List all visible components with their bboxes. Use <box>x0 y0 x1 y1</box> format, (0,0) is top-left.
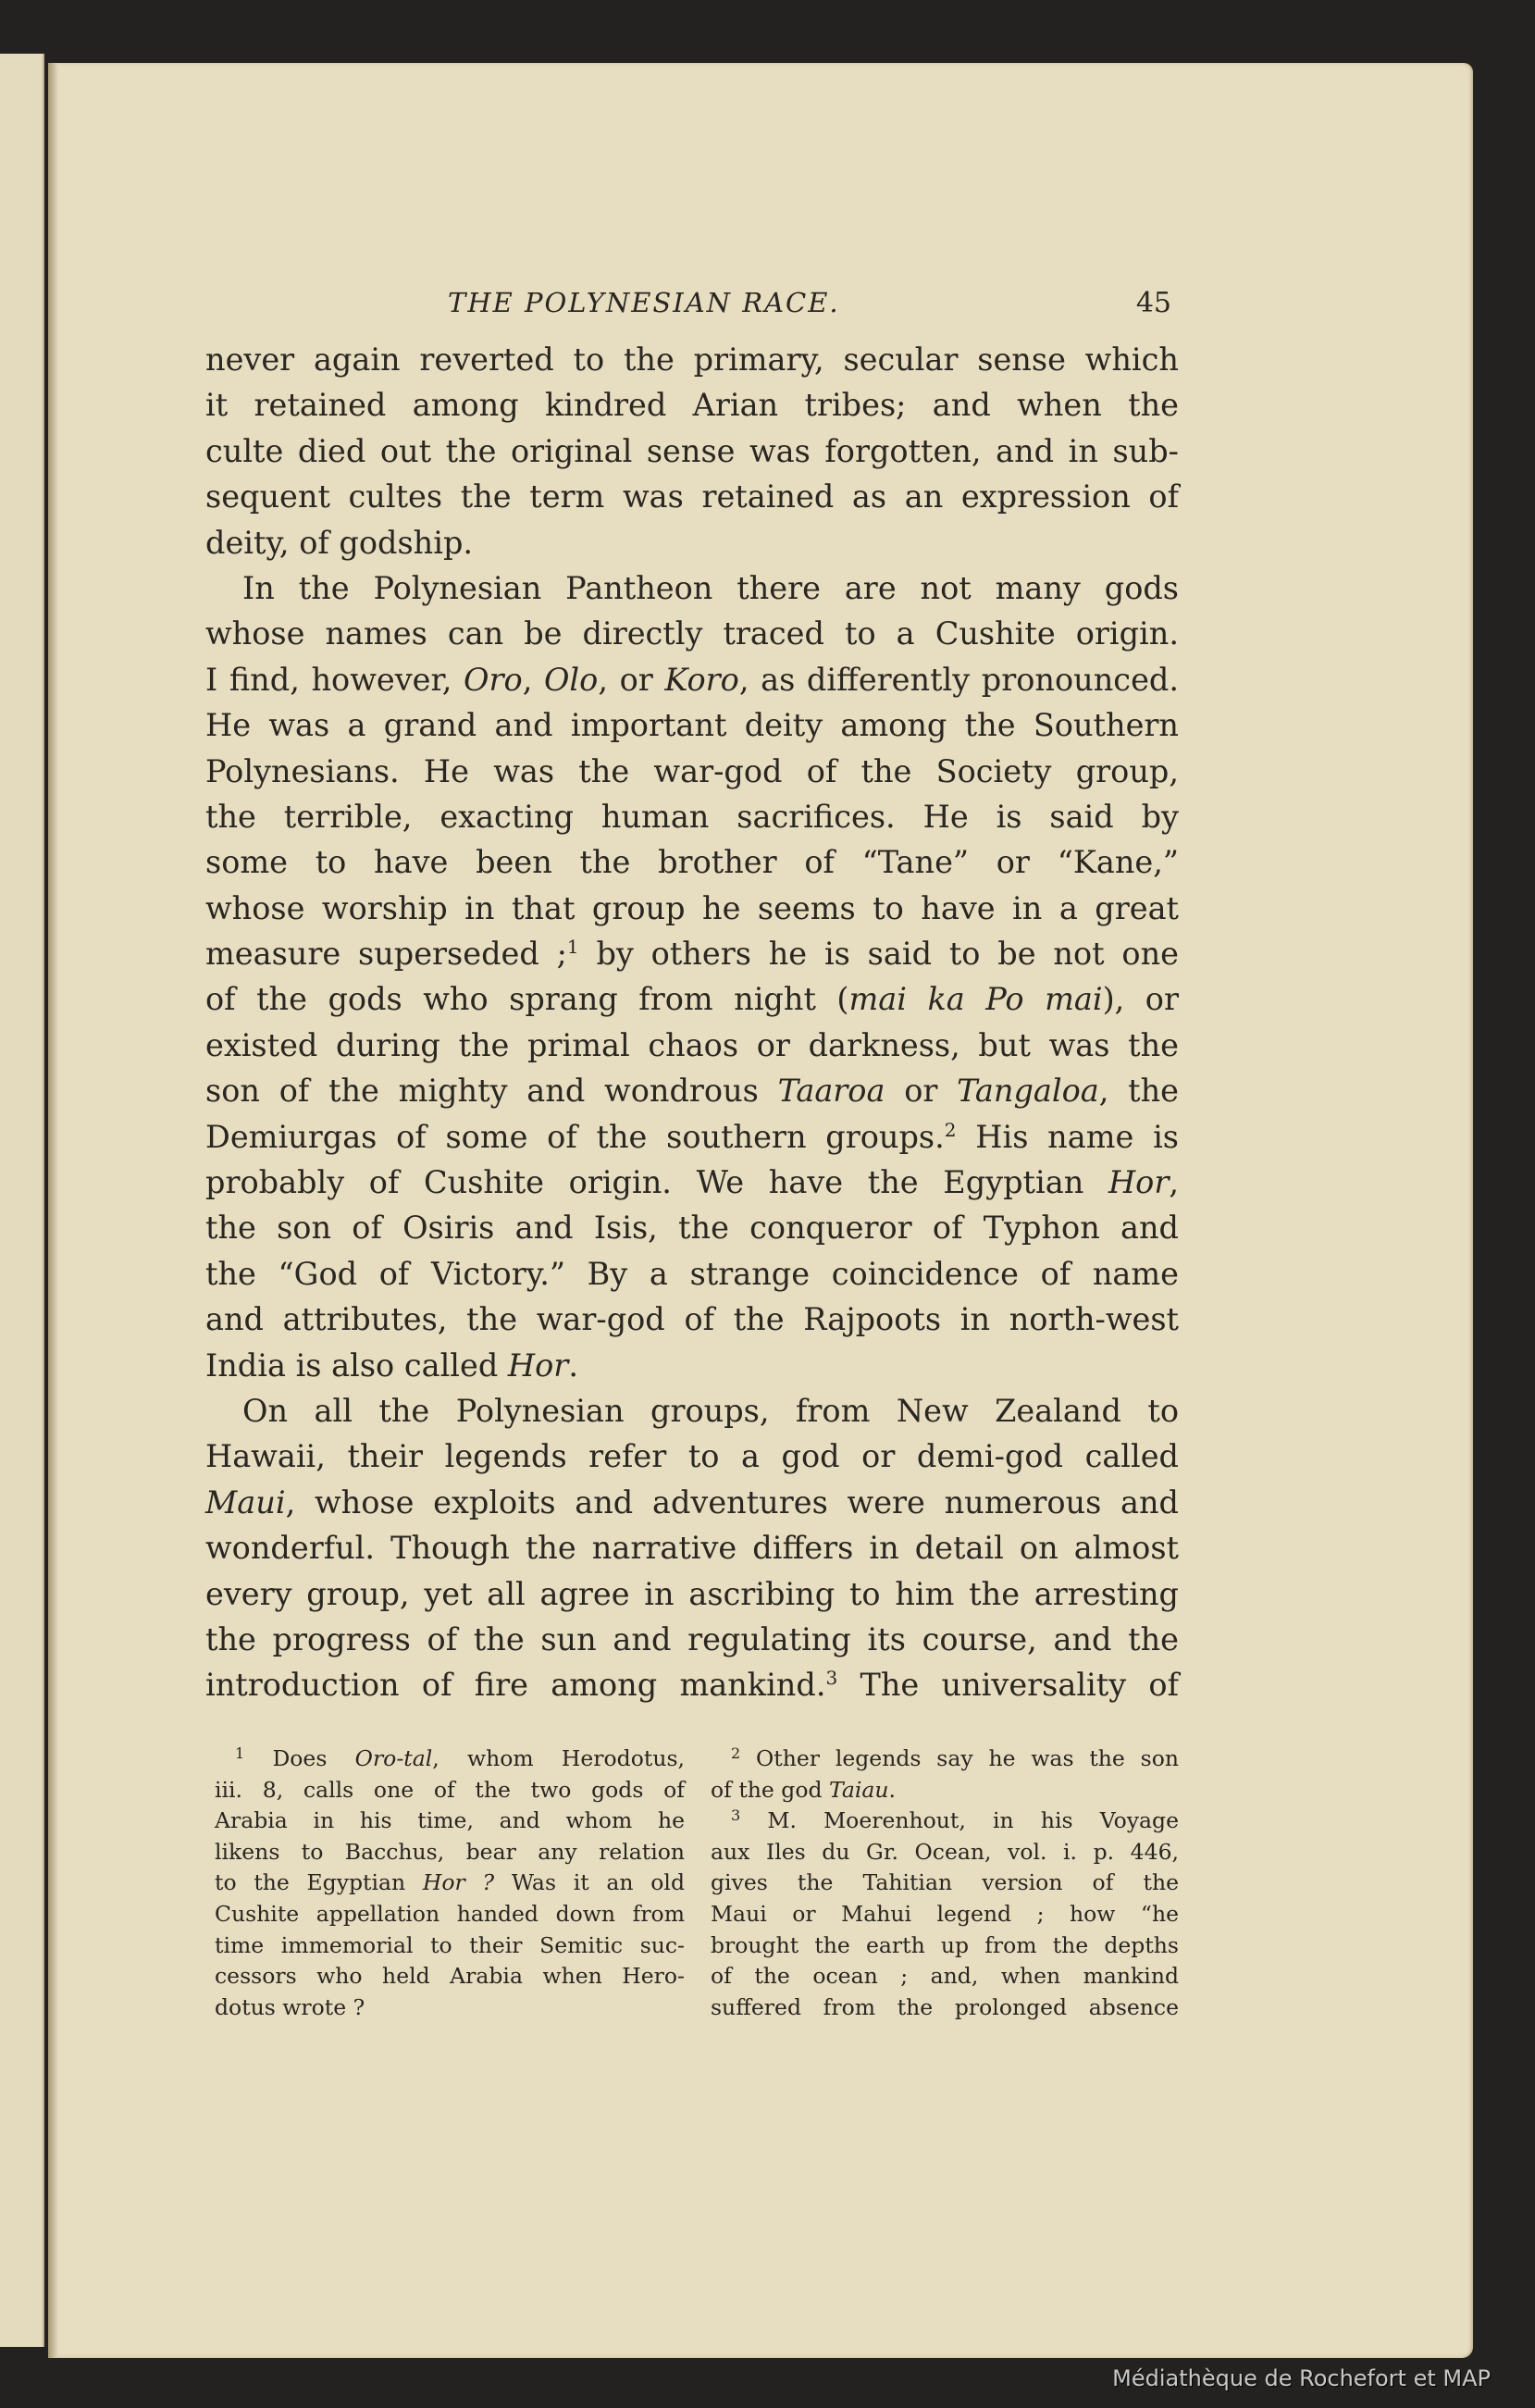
italic-term: Taaroa <box>778 1073 885 1109</box>
text-line: Hawaii, their legends refer to a god or … <box>205 1434 1179 1479</box>
text-line: existed during the primal chaos or darkn… <box>205 1023 1179 1068</box>
text-line: I find, however, Oro, Olo, or Koro, as d… <box>205 657 1179 702</box>
footnote-line: 3 M. Moerenhout, in his Voyage <box>711 1806 1179 1837</box>
footnote-marker: 1 <box>235 1744 244 1762</box>
previous-page-edge <box>0 54 44 2347</box>
footnote-line: dotus wrote ? <box>215 1992 685 2024</box>
italic-term: mai ka Po mai <box>849 981 1103 1017</box>
text-line: measure superseded ;1 by others he is sa… <box>205 931 1179 976</box>
italic-term: Maui <box>205 1484 286 1521</box>
page-number: 45 <box>1136 287 1171 319</box>
footnote-line: 2 Other legends say he was the son <box>711 1744 1179 1775</box>
italic-term: Tangaloa <box>957 1073 1099 1109</box>
text-line: never again reverted to the primary, sec… <box>205 337 1179 382</box>
footnote-line: of the god Taiau. <box>711 1775 1179 1806</box>
text-line: of the gods who sprang from night (mai k… <box>205 976 1179 1022</box>
text-line: it retained among kindred Arian tribes; … <box>205 382 1179 428</box>
italic-term: Oro-tal <box>355 1745 433 1771</box>
text-line: the progress of the sun and regulating i… <box>205 1617 1179 1662</box>
text-line: every group, yet all agree in ascribing … <box>205 1571 1179 1617</box>
text-line: probably of Cushite origin. We have the … <box>205 1160 1179 1205</box>
italic-term: Hor <box>1108 1164 1169 1200</box>
text-line: culte died out the original sense was fo… <box>205 428 1179 474</box>
footnote-line: of the ocean ; and, when mankind <box>711 1961 1179 1992</box>
text-line: Polynesians. He was the war-god of the S… <box>205 749 1179 794</box>
italic-term: Koro <box>664 662 738 698</box>
footnote-line: Maui or Mahui legend ; how “he <box>711 1899 1179 1930</box>
italic-term: Hor <box>508 1347 568 1384</box>
italic-term: Taiau <box>829 1777 889 1803</box>
text-line: son of the mighty and wondrous Taaroa or… <box>205 1068 1179 1113</box>
footnote-line: cessors who held Arabia when Hero- <box>215 1961 685 1992</box>
footnote-reference: 2 <box>945 1119 957 1141</box>
footnote-line: time immemorial to their Semitic suc- <box>215 1930 685 1962</box>
running-title: THE POLYNESIAN RACE. <box>448 287 840 318</box>
text-line: On all the Polynesian groups, from New Z… <box>205 1388 1179 1434</box>
footnote-line: gives the Tahitian version of the <box>711 1868 1179 1899</box>
text-line: Demiurgas of some of the southern groups… <box>205 1114 1179 1160</box>
text-line: In the Polynesian Pantheon there are not… <box>205 565 1179 611</box>
footnote-line: likens to Bacchus, bear any relation <box>215 1837 685 1868</box>
italic-term: Oro <box>464 662 523 698</box>
text-line: the “God of Victory.” By a strange coinc… <box>205 1251 1179 1297</box>
footnote-line: brought the earth up from the depths <box>711 1930 1179 1962</box>
text-line: the terrible, exacting human sacrifices.… <box>205 794 1179 839</box>
text-line: whose worship in that group he seems to … <box>205 886 1179 931</box>
text-line: and attributes, the war-god of the Rajpo… <box>205 1297 1179 1342</box>
text-line: some to have been the brother of “Tane” … <box>205 839 1179 885</box>
page-gutter <box>48 63 57 2358</box>
footnote-line: aux Iles du Gr. Ocean, vol. i. p. 446, <box>711 1837 1179 1868</box>
body-text: never again reverted to the primary, sec… <box>205 337 1179 1708</box>
text-line: Maui, whose exploits and adventures were… <box>205 1480 1179 1525</box>
footnotes-right-column: 2 Other legends say he was the sonof the… <box>711 1744 1179 2023</box>
footnote-line: suffered from the prolonged absence <box>711 1992 1179 2024</box>
italic-term: Olo <box>544 662 598 698</box>
text-line: whose names can be directly traced to a … <box>205 611 1179 656</box>
text-line: He was a grand and important deity among… <box>205 702 1179 748</box>
footnote-line: iii. 8, calls one of the two gods of <box>215 1775 685 1806</box>
footnotes-left-column: 1 Does Oro-tal, whom Herodotus,iii. 8, c… <box>215 1744 685 2023</box>
text-line: sequent cultes the term was retained as … <box>205 474 1179 519</box>
footnote-marker: 2 <box>731 1744 740 1762</box>
text-line: deity, of godship. <box>205 520 1179 565</box>
footnote-line: to the Egyptian Hor ? Was it an old <box>215 1868 685 1899</box>
text-line: introduction of fire among mankind.3 The… <box>205 1662 1179 1707</box>
text-line: India is also called Hor. <box>205 1343 1179 1388</box>
footnote-line: Arabia in his time, and whom he <box>215 1806 685 1837</box>
footnote-line: Cushite appellation handed down from <box>215 1899 685 1930</box>
footnote-marker: 3 <box>731 1806 740 1824</box>
footnote-line: 1 Does Oro-tal, whom Herodotus, <box>215 1744 685 1775</box>
italic-term: Hor ? <box>423 1869 494 1895</box>
library-watermark: Médiathèque de Rochefort et MAP <box>1112 2365 1491 2391</box>
running-head: THE POLYNESIAN RACE. 45 <box>205 287 1179 324</box>
footnote-reference: 1 <box>567 936 579 958</box>
footnote-reference: 3 <box>825 1667 837 1689</box>
text-line: the son of Osiris and Isis, the conquero… <box>205 1205 1179 1250</box>
text-line: wonderful. Though the narrative differs … <box>205 1525 1179 1570</box>
